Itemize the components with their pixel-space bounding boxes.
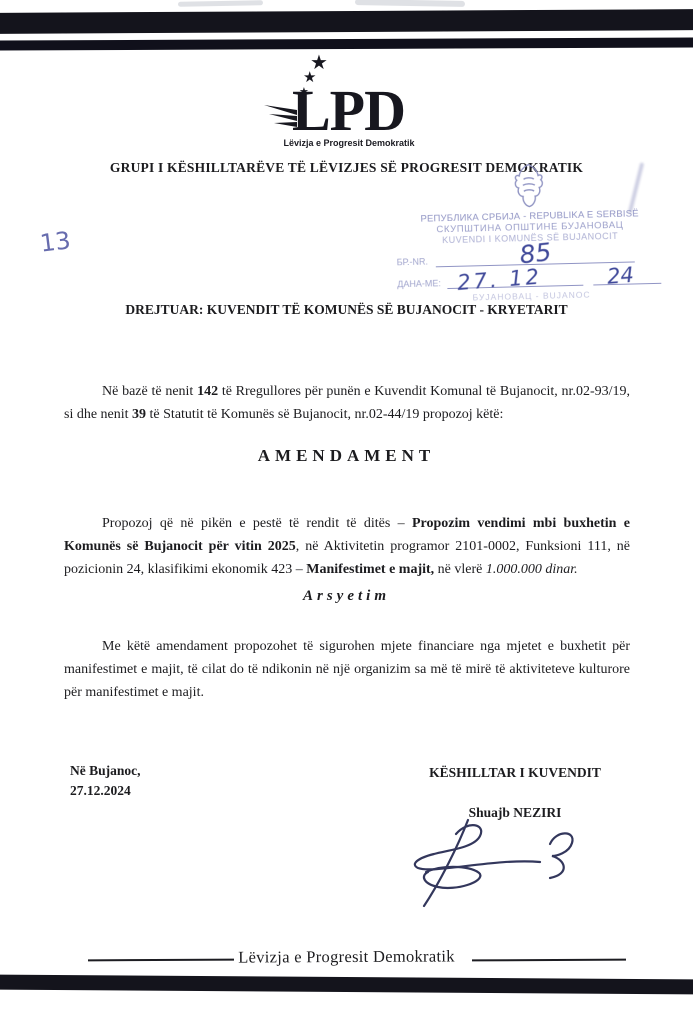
intro-text: Në bazë të nenit bbox=[102, 384, 197, 399]
logo-tagline: Lëvizja e Progresit Demokratik bbox=[264, 138, 434, 148]
stamp-date-blank: 27. 12 bbox=[447, 269, 584, 289]
stamp-number-label: БР.-NR. bbox=[397, 257, 428, 269]
justification-paragraph: Me këtë amendament propozohet të siguroh… bbox=[64, 635, 630, 704]
stamp-date-label: ДАНА-МЕ: bbox=[397, 278, 441, 290]
proposal-amount: 1.000.000 dinar. bbox=[486, 562, 578, 577]
intro-bold-article: 142 bbox=[197, 384, 218, 399]
amendment-title: AMENDAMENT bbox=[0, 446, 693, 466]
handwritten-date-day-month: 27. 12 bbox=[456, 267, 542, 294]
justification-title: Arsyetim bbox=[0, 588, 693, 605]
intro-paragraph: Në bazë të nenit 142 të Rregullores për … bbox=[64, 380, 630, 426]
scan-smudge bbox=[355, 0, 465, 7]
intro-text: të Statutit të Komunës së Bujanocit, nr.… bbox=[146, 407, 503, 422]
scan-artifact-bar-top bbox=[0, 9, 693, 34]
scan-artifact-bar-bottom bbox=[0, 975, 693, 995]
proposal-text: Propozoj që në pikën e pestë të rendit t… bbox=[102, 516, 412, 531]
signature-ink bbox=[398, 814, 618, 912]
logo-acronym: LPD bbox=[292, 82, 405, 140]
official-registry-stamp: РЕПУБЛИКА СРБИЈА - REPUBLIKA E SERBISË С… bbox=[394, 159, 665, 305]
handwritten-registry-number: 85 bbox=[518, 239, 552, 267]
proposal-text: në vlerë bbox=[434, 562, 486, 577]
scan-artifact-bar-top-2 bbox=[0, 37, 693, 50]
addressee-line: DREJTUAR: KUVENDIT TË KOMUNËS SË BUJANOC… bbox=[0, 302, 693, 318]
proposal-bold-event: Manifestimet e majit, bbox=[306, 562, 434, 577]
date-line: 27.12.2024 bbox=[70, 781, 141, 801]
handwritten-date-year: 24 bbox=[606, 265, 634, 288]
stamp-date-row: ДАНА-МЕ: 27. 12 24 bbox=[397, 267, 665, 291]
party-logo: ★ ★ ★ LPD Lëvizja e Progresit Demokratik bbox=[264, 56, 434, 152]
star-icon: ★ bbox=[310, 53, 328, 73]
proposal-paragraph: Propozoj që në pikën e pestë të rendit t… bbox=[64, 512, 630, 581]
handwritten-corner-note: 13 bbox=[38, 226, 72, 258]
intro-bold-article-2: 39 bbox=[132, 407, 146, 422]
councilor-title: KËSHILLTAR I KUVENDIT bbox=[420, 765, 610, 781]
scan-smudge bbox=[178, 0, 263, 6]
footer-party-name: Lëvizja e Progresit Demokratik bbox=[0, 945, 693, 969]
place-line: Në Bujanoc, bbox=[70, 761, 141, 781]
stamp-date-blank-year: 24 bbox=[593, 267, 662, 286]
coat-of-arms-icon bbox=[510, 162, 547, 211]
place-date-block: Në Bujanoc, 27.12.2024 bbox=[70, 761, 141, 801]
